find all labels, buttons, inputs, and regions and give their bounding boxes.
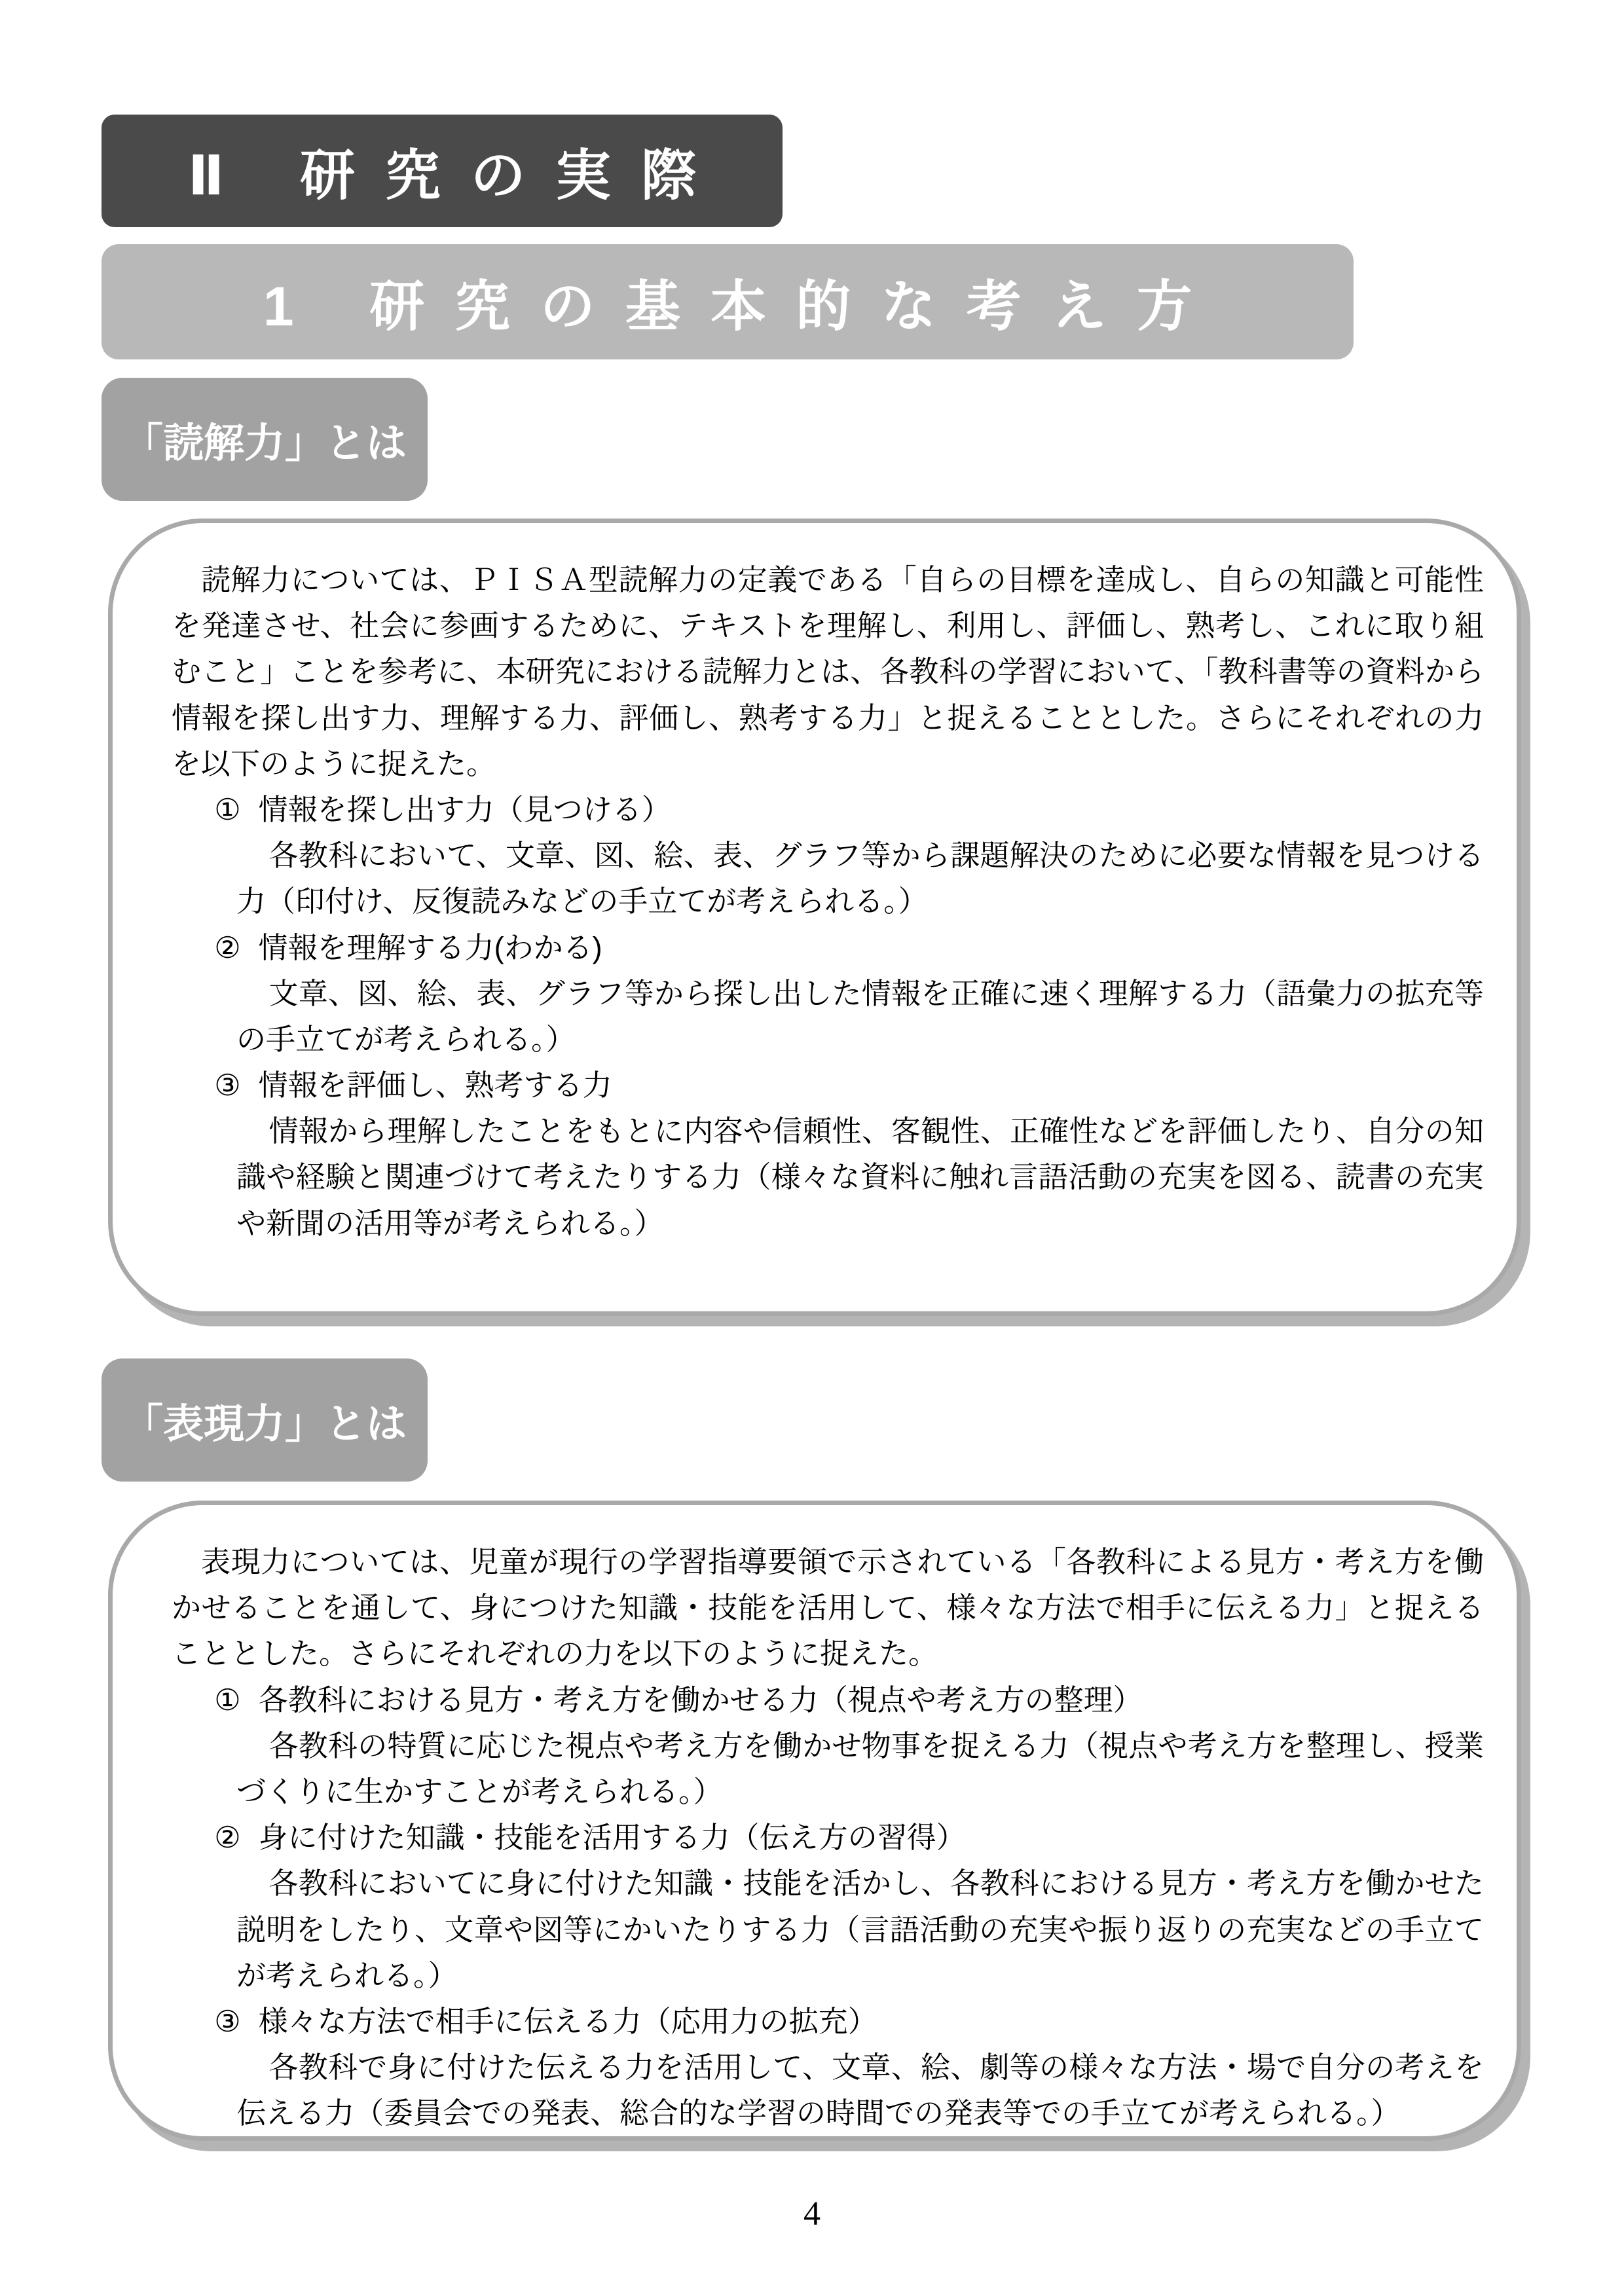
item-title-text: 情報を評価し、熟考する力 — [259, 1068, 612, 1102]
list-item: ③情報を評価し、熟考する力 情報から理解したことをもとに内容や信頼性、客観性、正… — [172, 1063, 1484, 1247]
reading-skill-tag-text: 「読解力」とは — [122, 410, 407, 469]
item-description: 各教科の特質に応じた視点や考え方を働かせ物事を捉える力（視点や考え方を整理し、授… — [236, 1723, 1484, 1815]
item-title-text: 情報を理解する力(わかる) — [259, 931, 602, 964]
expression-intro-paragraph: 表現力については、児童が現行の学習指導要領で示されている「各教科による見方・考え… — [172, 1539, 1484, 1677]
item-description: 各教科において、文章、図、絵、表、グラフ等から課題解決のために必要な情報を見つけ… — [236, 833, 1484, 924]
circled-number-3: ③ — [214, 1068, 240, 1102]
section-heading-banner: Ⅱ 研究の実際 — [101, 115, 783, 227]
item-title-text: 身に付けた知識・技能を活用する力（伝え方の習得） — [259, 1821, 966, 1854]
section-heading-text: Ⅱ 研究の実際 — [188, 132, 726, 211]
item-title-text: 情報を探し出す力（見つける） — [259, 793, 671, 826]
reading-skill-tag: 「読解力」とは — [101, 378, 428, 501]
page-number: 4 — [0, 2195, 1624, 2233]
circled-number-1: ① — [214, 793, 240, 826]
item-description: 各教科においてに身に付けた知識・技能を活かし、各教科における見方・考え方を働かせ… — [236, 1861, 1484, 1999]
item-description: 情報から理解したことをもとに内容や信頼性、客観性、正確性などを評価したり、自分の… — [236, 1108, 1484, 1247]
list-item: ③様々な方法で相手に伝える力（応用力の拡充） 各教科で身に付けた伝える力を活用し… — [172, 1999, 1484, 2137]
reading-skill-box: 読解力については、ＰＩＳＡ型読解力の定義である「自らの目標を達成し、自らの知識と… — [108, 519, 1521, 1316]
circled-number-2: ② — [214, 931, 240, 964]
document-page: Ⅱ 研究の実際 1 研究の基本的な考え方 「読解力」とは 読解力については、ＰＩ… — [0, 0, 1624, 2296]
item-title-text: 様々な方法で相手に伝える力（応用力の拡充） — [259, 2005, 877, 2038]
subsection-heading-text: 1 研究の基本的な考え方 — [263, 263, 1222, 342]
expression-skill-box: 表現力については、児童が現行の学習指導要領で示されている「各教科による見方・考え… — [108, 1501, 1521, 2141]
circled-number-3: ③ — [214, 2005, 240, 2038]
list-item: ①情報を探し出す力（見つける） 各教科において、文章、図、絵、表、グラフ等から課… — [172, 787, 1484, 925]
list-item: ②情報を理解する力(わかる) 文章、図、絵、表、グラフ等から探し出した情報を正確… — [172, 925, 1484, 1063]
expression-skill-tag: 「表現力」とは — [101, 1358, 428, 1482]
circled-number-2: ② — [214, 1821, 240, 1854]
reading-intro-paragraph: 読解力については、ＰＩＳＡ型読解力の定義である「自らの目標を達成し、自らの知識と… — [172, 557, 1484, 787]
list-item: ②身に付けた知識・技能を活用する力（伝え方の習得） 各教科においてに身に付けた知… — [172, 1815, 1484, 1999]
item-description: 各教科で身に付けた伝える力を活用して、文章、絵、劇等の様々な方法・場で自分の考え… — [236, 2045, 1484, 2136]
list-item: ①各教科における見方・考え方を働かせる力（視点や考え方の整理） 各教科の特質に応… — [172, 1677, 1484, 1815]
item-title-text: 各教科における見方・考え方を働かせる力（視点や考え方の整理） — [259, 1683, 1143, 1717]
item-description: 文章、図、絵、表、グラフ等から探し出した情報を正確に速く理解する力（語彙力の拡充… — [236, 971, 1484, 1063]
expression-skill-tag-text: 「表現力」とは — [122, 1391, 407, 1449]
subsection-heading-banner: 1 研究の基本的な考え方 — [101, 244, 1354, 359]
circled-number-1: ① — [214, 1683, 240, 1717]
